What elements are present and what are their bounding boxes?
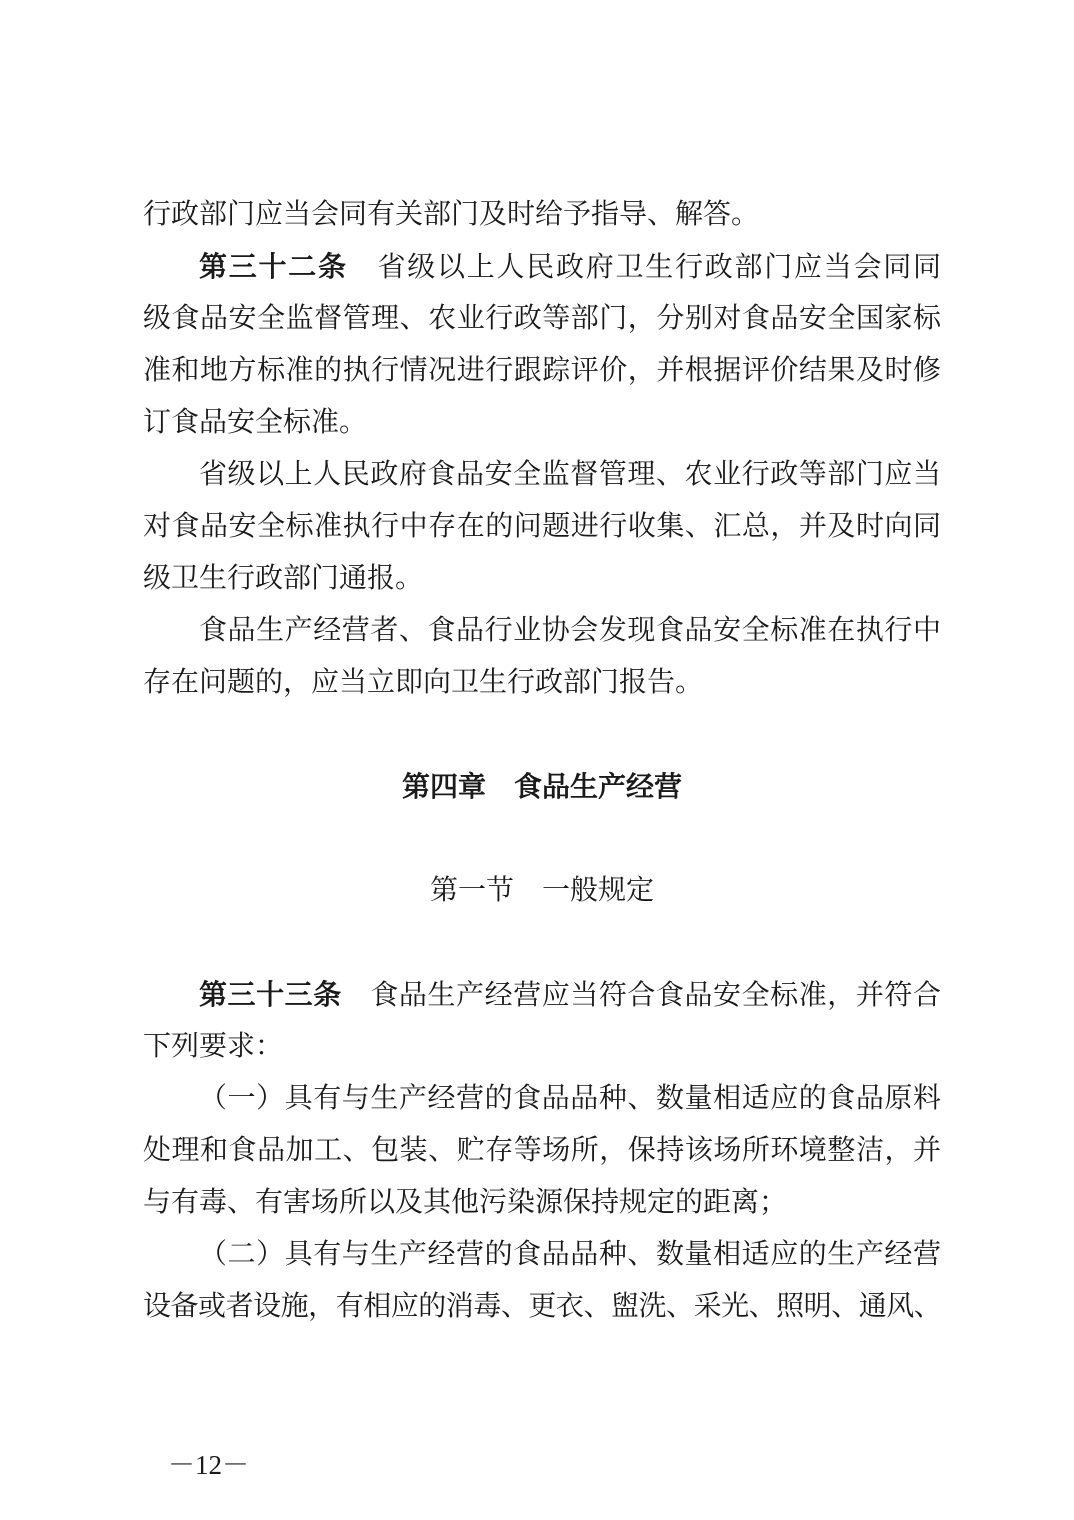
text-line: 食品生产经营者、食品行业协会发现食品安全标准在执行中 <box>143 605 941 657</box>
line-text: 存在问题的，应当立即向卫生行政部门报告。 <box>143 667 703 698</box>
line-text: 省级以上人民政府食品安全监督管理、农业行政等部门应当 <box>199 459 941 490</box>
text-line: 第三十三条 食品生产经营应当符合食品安全标准，并符合 <box>143 969 941 1021</box>
text-line: 级食品安全监督管理、农业行政等部门，分别对食品安全国家标 <box>143 293 941 345</box>
line-text: 处理和食品加工、包装、贮存等场所，保持该场所环境整洁，并 <box>143 1135 941 1166</box>
page-number: －12－ <box>168 1441 249 1489</box>
line-text: 设备或者设施，有相应的消毒、更衣、盥洗、采光、照明、通风、 <box>143 1291 941 1322</box>
text-line: 下列要求： <box>143 1021 941 1073</box>
line-text: （一）具有与生产经营的食品品种、数量相适应的食品原料 <box>199 1083 941 1114</box>
text-line: 对食品安全标准执行中存在的问题进行收集、汇总，并及时向同 <box>143 501 941 553</box>
document-body: 行政部门应当会同有关部门及时给予指导、解答。 第三十二条 省级以上人民政府卫生行… <box>143 189 941 1333</box>
line-text: 食品生产经营应当符合食品安全标准，并符合 <box>342 980 941 1011</box>
text-line: 准和地方标准的执行情况进行跟踪评价，并根据评价结果及时修 <box>143 345 941 397</box>
text-line: 订食品安全标准。 <box>143 397 941 449</box>
text-line: （一）具有与生产经营的食品品种、数量相适应的食品原料 <box>143 1073 941 1125</box>
text-line: 存在问题的，应当立即向卫生行政部门报告。 <box>143 657 941 709</box>
line-text: 准和地方标准的执行情况进行跟踪评价，并根据评价结果及时修 <box>143 355 941 386</box>
text-line: 第三十二条 省级以上人民政府卫生行政部门应当会同同 <box>143 241 941 293</box>
text-line: （二）具有与生产经营的食品品种、数量相适应的生产经营 <box>143 1229 941 1281</box>
text-line: 设备或者设施，有相应的消毒、更衣、盥洗、采光、照明、通风、 <box>143 1281 941 1333</box>
article-number-bold: 第三十三条 <box>199 979 342 1010</box>
line-text: （二）具有与生产经营的食品品种、数量相适应的生产经营 <box>199 1239 941 1270</box>
text-line: 省级以上人民政府食品安全监督管理、农业行政等部门应当 <box>143 449 941 501</box>
line-text: 订食品安全标准。 <box>143 407 367 438</box>
line-text: 对食品安全标准执行中存在的问题进行收集、汇总，并及时向同 <box>143 511 941 542</box>
line-text: 级食品安全监督管理、农业行政等部门，分别对食品安全国家标 <box>143 303 941 334</box>
article-number-bold: 第三十二条 <box>199 251 348 282</box>
line-text: 级卫生行政部门通报。 <box>143 563 423 594</box>
document-page: 行政部门应当会同有关部门及时给予指导、解答。 第三十二条 省级以上人民政府卫生行… <box>0 0 1074 1520</box>
text-line: 与有毒、有害场所以及其他污染源保持规定的距离； <box>143 1177 941 1229</box>
line-text: 食品生产经营者、食品行业协会发现食品安全标准在执行中 <box>199 615 941 646</box>
line-text: 行政部门应当会同有关部门及时给予指导、解答。 <box>143 199 759 230</box>
line-text: 下列要求： <box>143 1031 283 1062</box>
section-heading: 第一节 一般规定 <box>143 865 941 917</box>
line-text: 与有毒、有害场所以及其他污染源保持规定的距离； <box>143 1187 787 1218</box>
text-line: 级卫生行政部门通报。 <box>143 553 941 605</box>
text-line: 行政部门应当会同有关部门及时给予指导、解答。 <box>143 189 941 241</box>
line-text: 省级以上人民政府卫生行政部门应当会同同 <box>348 252 941 283</box>
text-line: 处理和食品加工、包装、贮存等场所，保持该场所环境整洁，并 <box>143 1125 941 1177</box>
chapter-heading: 第四章 食品生产经营 <box>143 761 941 813</box>
